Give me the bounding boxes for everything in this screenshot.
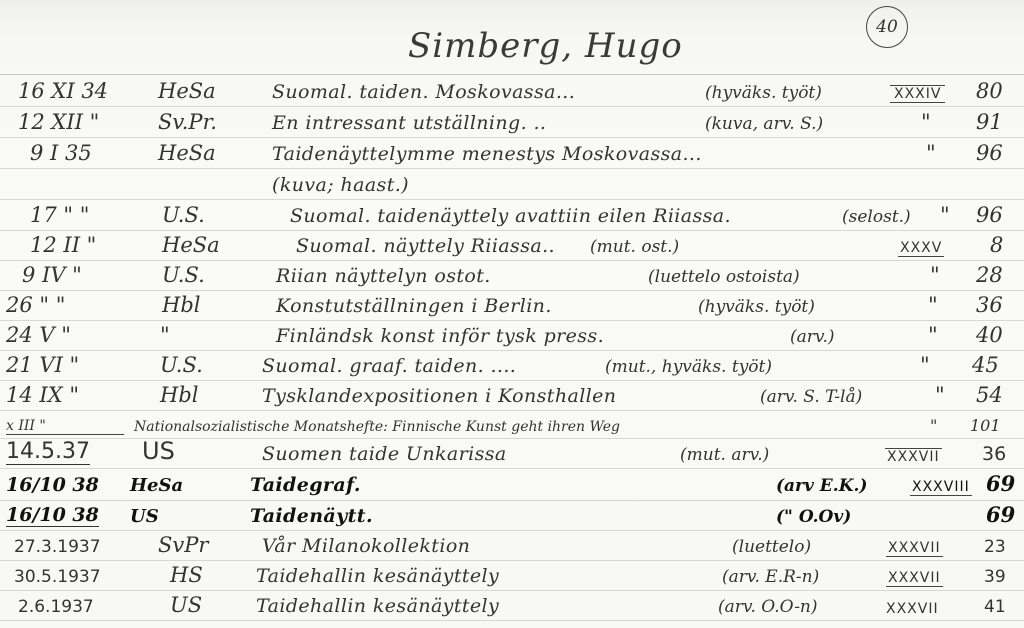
entry-date: 26 " " [6, 293, 65, 317]
entry-note: (arv. O.O-n) [718, 597, 818, 617]
rule-line [0, 290, 1024, 291]
rule-line [0, 137, 1024, 138]
entry-note: (mut., hyväks. työt) [605, 357, 772, 377]
entry-title: Taidehallin kesänäyttely [256, 565, 499, 587]
entry-row: 16/10 38 US Taidenäytt. (" O.Ov) 69 [0, 502, 1024, 530]
entry-note: (selost.) [842, 207, 911, 227]
entry-row: 9 IV " U.S. Riian näyttelyn ostot. (luet… [0, 262, 1024, 290]
rule-line [0, 106, 1024, 107]
entry-date: 12 XII " [18, 110, 99, 134]
entry-title: Suomal. graaf. taiden. .... [262, 355, 516, 377]
entry-note: (luettelo) [732, 537, 811, 557]
entry-volume: " [930, 416, 937, 435]
entry-row-continuation: (kuva; haast.) [0, 171, 1024, 199]
entry-date: 9 IV " [22, 263, 82, 287]
entry-title: Taidenäyttelymme menestys Moskovassa... [272, 143, 702, 165]
entry-source: U.S. [160, 353, 203, 377]
entry-note: (arv. S. T-lå) [760, 387, 862, 407]
entry-source: U.S. [162, 203, 205, 227]
entry-source: HeSa [162, 233, 220, 257]
entry-row: 30.5.1937 HS Taidehallin kesänäyttely (a… [0, 562, 1024, 590]
entry-row: 26 " " Hbl Konstutställningen i Berlin. … [0, 292, 1024, 320]
entry-date: 27.3.1937 [14, 537, 101, 557]
entry-page: 96 [976, 141, 1003, 165]
entry-volume: XXXVIII [910, 479, 972, 496]
entry-note: (mut. ost.) [590, 237, 679, 257]
entry-date: 17 " " [30, 203, 89, 227]
entry-row: 14 IX " Hbl Tysklandexpositionen i Konst… [0, 382, 1024, 410]
entry-source: SvPr [158, 533, 208, 557]
entry-row: 12 XII " Sv.Pr. En intressant utställnin… [0, 109, 1024, 137]
entry-source: HeSa [158, 79, 216, 103]
index-card: Simberg, Hugo 40 16 XI 34 HeSa Suomal. t… [0, 0, 1024, 628]
entry-page: 23 [984, 537, 1006, 557]
entry-note: (arv. E.R-n) [722, 567, 819, 587]
entry-row: 12 II " HeSa Suomal. näyttely Riiassa.. … [0, 232, 1024, 260]
entry-title: Suomal. taiden. Moskovassa... [272, 81, 575, 103]
entry-row: x III " Nationalsozialistische Monatshef… [0, 410, 1024, 438]
rule-line [0, 168, 1024, 169]
entry-note: (mut. arv.) [680, 445, 769, 465]
entry-volume: " [928, 323, 938, 347]
entry-page: 36 [982, 443, 1006, 465]
entry-volume: " [920, 353, 930, 377]
entry-page: 69 [986, 502, 1015, 527]
rule-line [0, 350, 1024, 351]
entry-date: 16/10 38 [6, 474, 99, 496]
entry-source: Hbl [160, 383, 198, 407]
entry-date: 21 VI " [6, 353, 79, 377]
rule-line [0, 380, 1024, 381]
rule-line [0, 320, 1024, 321]
entry-date: 12 II " [30, 233, 96, 257]
rule-line [0, 590, 1024, 591]
entry-source: US [170, 593, 202, 617]
rule-line [0, 620, 1024, 621]
entry-title: Taidehallin kesänäyttely [256, 595, 499, 617]
entry-title: Suomal. näyttely Riiassa.. [296, 235, 555, 257]
entry-title: Taidegraf. [250, 474, 361, 496]
entry-title: Vår Milanokollektion [262, 535, 470, 557]
entry-volume: XXXV [898, 240, 944, 257]
entry-source: HeSa [158, 141, 216, 165]
entry-volume: XXXVII [885, 448, 942, 465]
entry-source: Sv.Pr. [158, 110, 217, 134]
entry-date: 16 XI 34 [18, 79, 108, 103]
card-number: 40 [866, 6, 908, 48]
entry-volume: XXXIV [890, 85, 945, 103]
entry-date: 14 IX " [6, 383, 79, 407]
entry-source: HS [170, 563, 203, 587]
entry-title: Suomal. taidenäyttely avattiin eilen Rii… [290, 205, 731, 227]
entry-note: (kuva, arv. S.) [705, 114, 823, 134]
entry-row: 21 VI " U.S. Suomal. graaf. taiden. ....… [0, 352, 1024, 380]
entry-note: (arv E.K.) [776, 476, 867, 496]
entry-row: 2.6.1937 US Taidehallin kesänäyttely (ar… [0, 592, 1024, 620]
entry-source: HeSa [130, 475, 183, 496]
rule-line [0, 230, 1024, 231]
entry-title: (kuva; haast.) [272, 174, 409, 196]
entry-title: Finländsk konst inför tysk press. [276, 325, 604, 347]
entry-volume: " [940, 203, 950, 227]
entry-volume: " [928, 293, 938, 317]
entry-volume: XXXVII [886, 570, 943, 587]
entry-date: 24 V " [6, 323, 71, 347]
card-heading: Simberg, Hugo [408, 26, 683, 66]
entry-title: Nationalsozialistische Monatshefte: Finn… [134, 419, 620, 435]
entry-volume: " [930, 263, 940, 287]
entry-page: 45 [972, 353, 999, 377]
entry-title: Riian näyttelyn ostot. [276, 265, 491, 287]
entry-date: 16/10 38 [6, 504, 99, 527]
entry-title: Tysklandexpositionen i Konsthallen [262, 385, 616, 407]
entry-title: Konstutställningen i Berlin. [276, 295, 552, 317]
entry-page: 101 [970, 416, 1001, 435]
entry-title: Taidenäytt. [250, 505, 373, 527]
entry-row: 16/10 38 HeSa Taidegraf. (arv E.K.) XXXV… [0, 471, 1024, 499]
entry-title: En intressant utställning. .. [272, 112, 546, 134]
rule-line [0, 560, 1024, 561]
rule-line [0, 199, 1024, 200]
entry-source: US [142, 437, 175, 465]
entry-date: x III " [6, 418, 124, 435]
entry-date: 30.5.1937 [14, 567, 101, 587]
entry-source: US [130, 506, 159, 527]
rule-line [0, 500, 1024, 501]
entry-date: 9 I 35 [30, 141, 92, 165]
entry-note: (arv.) [790, 327, 835, 347]
entry-page: 41 [984, 597, 1006, 617]
entry-title: Suomen taide Unkarissa [262, 443, 507, 465]
entry-row: 24 V " " Finländsk konst inför tysk pres… [0, 322, 1024, 350]
rule-line [0, 74, 1024, 75]
entry-page: 91 [976, 110, 1003, 134]
entry-page: 28 [976, 263, 1003, 287]
entry-date: 2.6.1937 [18, 597, 94, 617]
entry-row: 27.3.1937 SvPr Vår Milanokollektion (lue… [0, 532, 1024, 560]
entry-page: 54 [976, 383, 1003, 407]
entry-volume: " [935, 383, 945, 407]
rule-line [0, 468, 1024, 469]
entry-note: (hyväks. työt) [705, 83, 822, 103]
entry-page: 8 [990, 233, 1003, 257]
entry-date: 14.5.37 [6, 439, 90, 465]
entry-row: 14.5.37 US Suomen taide Unkarissa (mut. … [0, 440, 1024, 468]
entry-volume: " [921, 110, 931, 134]
entry-page: 36 [976, 293, 1003, 317]
entry-page: 69 [986, 471, 1015, 496]
entry-volume: " [926, 141, 936, 165]
rule-line [0, 530, 1024, 531]
entry-source: Hbl [162, 293, 200, 317]
rule-line [0, 260, 1024, 261]
entry-page: 40 [976, 323, 1003, 347]
entry-note: (luettelo ostoista) [648, 267, 800, 287]
entry-source: " [160, 323, 170, 347]
entry-row: 17 " " U.S. Suomal. taidenäyttely avatti… [0, 202, 1024, 230]
entry-page: 96 [976, 203, 1003, 227]
entry-volume: XXXVII [886, 601, 939, 617]
entry-source: U.S. [162, 263, 205, 287]
entry-note: (hyväks. työt) [698, 297, 815, 317]
entry-page: 39 [984, 567, 1006, 587]
entry-volume: XXXVII [886, 540, 943, 557]
entry-row: 16 XI 34 HeSa Suomal. taiden. Moskovassa… [0, 78, 1024, 106]
entry-page: 80 [976, 79, 1003, 103]
entry-row: 9 I 35 HeSa Taidenäyttelymme menestys Mo… [0, 140, 1024, 168]
entry-note: (" O.Ov) [776, 507, 851, 527]
